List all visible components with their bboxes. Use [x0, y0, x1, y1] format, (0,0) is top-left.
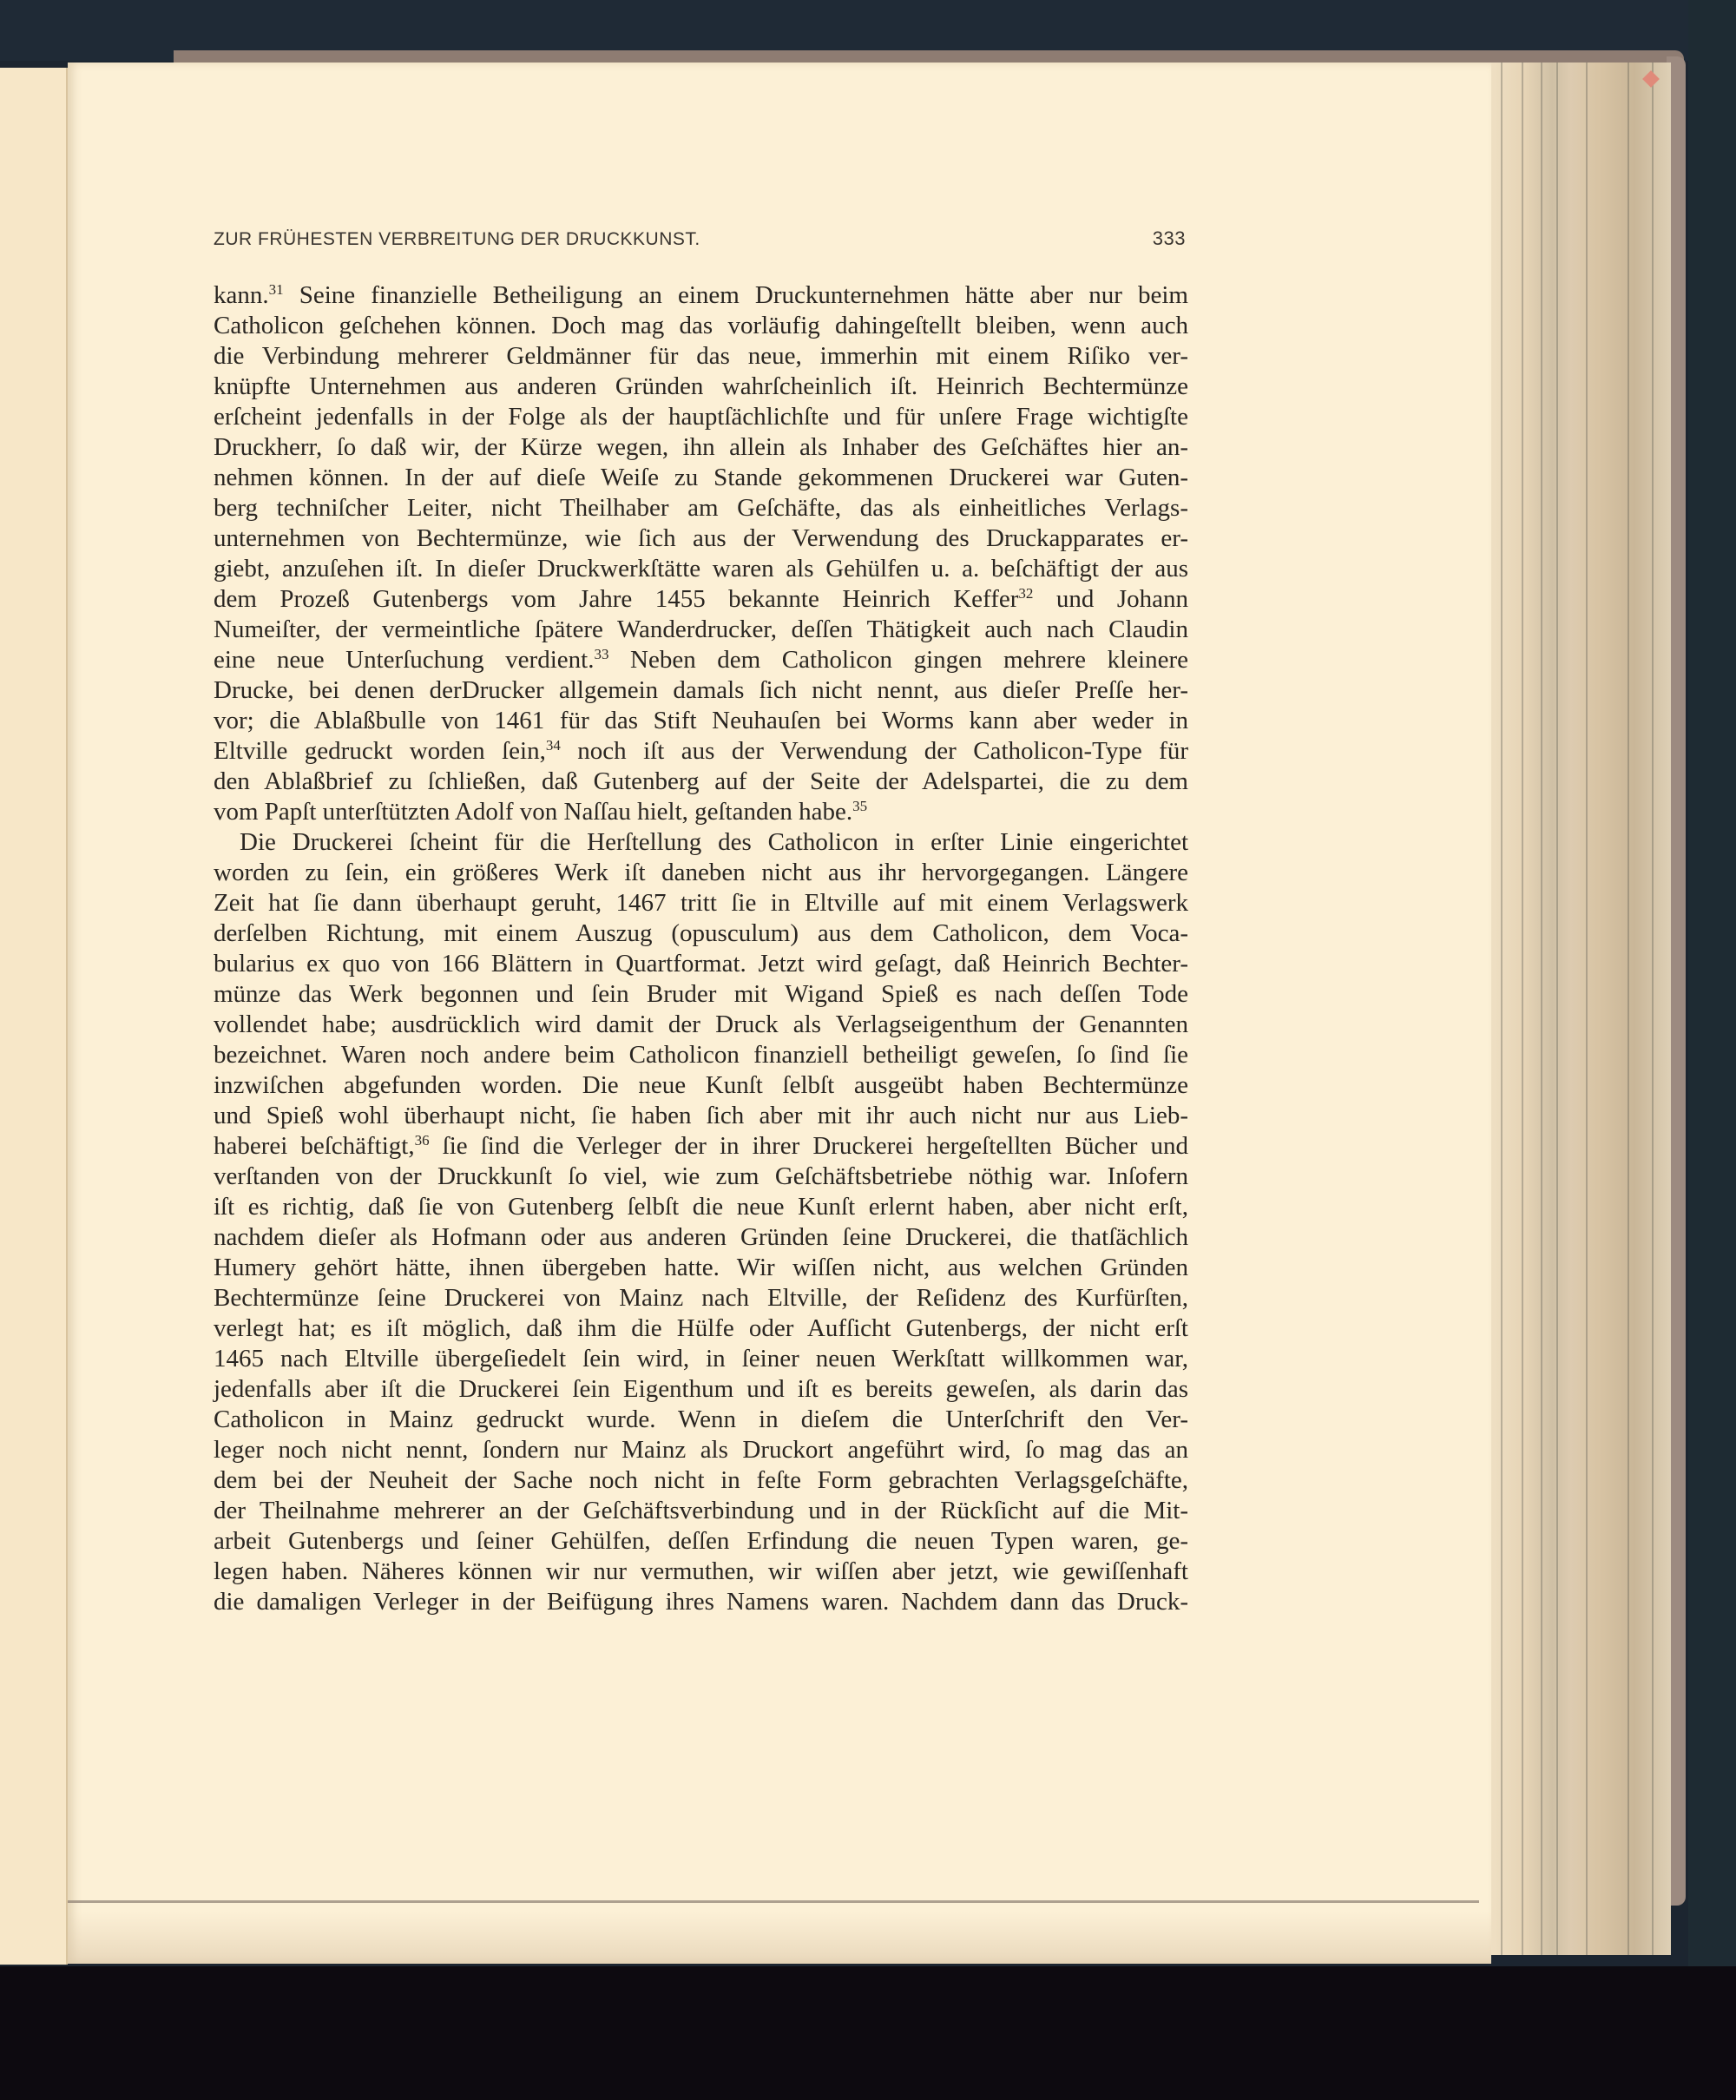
- line-text: münze das Werk begonnen und ſein Bruder …: [214, 980, 1188, 1008]
- line-text: vor; die Ablaßbulle von 1461 für das Sti…: [214, 707, 1188, 734]
- line-text: berg techniſcher Leiter, nicht Theilhabe…: [214, 494, 1188, 522]
- text-line: Eltville gedruckt worden ſein,34 noch iſ…: [214, 736, 1188, 767]
- text-line: Drucke, bei denen derDrucker allgemein d…: [214, 675, 1188, 706]
- text-line: Druckherr, ſo daß wir, der Kürze wegen, …: [214, 432, 1188, 463]
- line-text: jedenfalls aber iſt die Druckerei ſein E…: [214, 1375, 1188, 1403]
- text-line: Zeit hat ſie dann überhaupt geruht, 1467…: [214, 888, 1188, 918]
- text-line: dem bei der Neuheit der Sache noch nicht…: [214, 1465, 1188, 1496]
- backdrop-right: [1688, 0, 1736, 2100]
- text-line: derſelben Richtung, mit einem Auszug (op…: [214, 918, 1188, 949]
- footnote-reference[interactable]: 33: [594, 646, 608, 662]
- line-text: Catholicon in Mainz gedruckt wurde. Wenn…: [214, 1405, 1188, 1433]
- line-text: knüpfte Unternehmen aus anderen Gründen …: [214, 372, 1188, 400]
- footnote-reference[interactable]: 34: [546, 737, 561, 754]
- text-line: vom Papſt unterſtützten Adolf von Naſſau…: [214, 797, 1188, 827]
- line-text: Die Druckerei ſcheint für die Herſtellun…: [240, 828, 1188, 856]
- line-text: und Spieß wohl überhaupt nicht, ſie habe…: [214, 1102, 1188, 1129]
- text-line: die damaligen Verleger in der Beifügung …: [214, 1587, 1188, 1617]
- line-text: bularius ex quo von 166 Blättern in Quar…: [214, 950, 1188, 978]
- line-text: nehmen können. In der auf dieſe Weiſe zu…: [214, 464, 1188, 491]
- footnote-reference[interactable]: 32: [1018, 585, 1033, 602]
- line-text: bezeichnet. Waren noch andere beim Catho…: [214, 1041, 1188, 1069]
- text-line: eine neue Unterſuchung verdient.33 Neben…: [214, 645, 1188, 675]
- text-line: der Theilnahme mehrerer an der Geſchäfts…: [214, 1496, 1188, 1526]
- bookmark-tab: [1642, 70, 1660, 88]
- page-deckle-edge: [68, 1900, 1479, 1903]
- text-line: münze das Werk begonnen und ſein Bruder …: [214, 979, 1188, 1010]
- text-line: Catholicon geſchehen können. Doch mag da…: [214, 311, 1188, 341]
- text-line: erſcheint jedenfalls in der Folge als de…: [214, 402, 1188, 432]
- text-line: jedenfalls aber iſt die Druckerei ſein E…: [214, 1374, 1188, 1405]
- page-edge-line: [1652, 63, 1654, 1955]
- line-text: Catholicon geſchehen können. Doch mag da…: [214, 312, 1188, 339]
- text-line: bezeichnet. Waren noch andere beim Catho…: [214, 1040, 1188, 1070]
- line-text: giebt, anzuſehen iſt. In dieſer Druckwer…: [214, 555, 1188, 583]
- line-text: die damaligen Verleger in der Beifügung …: [214, 1588, 1188, 1616]
- text-line: die Verbindung mehrerer Geldmänner für d…: [214, 341, 1188, 372]
- text-line: vor; die Ablaßbulle von 1461 für das Sti…: [214, 706, 1188, 736]
- line-text: erſcheint jedenfalls in der Folge als de…: [214, 403, 1188, 431]
- text-line: Humery gehört hätte, ihnen übergeben hat…: [214, 1253, 1188, 1283]
- line-text: Drucke, bei denen derDrucker allgemein d…: [214, 676, 1188, 704]
- page-number: 333: [1153, 227, 1186, 250]
- text-line: legen haben. Näheres können wir nur verm…: [214, 1557, 1188, 1587]
- line-text: Druckherr, ſo daß wir, der Kürze wegen, …: [214, 433, 1188, 461]
- footnote-reference[interactable]: 36: [415, 1132, 430, 1149]
- line-text: 1465 nach Eltville übergeſiedelt ſein wi…: [214, 1345, 1188, 1373]
- text-line: berg techniſcher Leiter, nicht Theilhabe…: [214, 493, 1188, 523]
- text-line: inzwiſchen abgefunden worden. Die neue K…: [214, 1070, 1188, 1101]
- text-line: 1465 nach Eltville übergeſiedelt ſein wi…: [214, 1344, 1188, 1374]
- line-text: legen haben. Näheres können wir nur verm…: [214, 1557, 1188, 1585]
- line-text: Zeit hat ſie dann überhaupt geruht, 1467…: [214, 889, 1188, 917]
- text-line: Numeiſter, der vermeintliche ſpätere Wan…: [214, 615, 1188, 645]
- text-line: Die Druckerei ſcheint für die Herſtellun…: [214, 827, 1188, 858]
- line-text: der Theilnahme mehrerer an der Geſchäfts…: [214, 1497, 1188, 1524]
- footnote-reference[interactable]: 31: [269, 281, 284, 298]
- text-line: verſtanden von der Druckkunſt ſo viel, w…: [214, 1162, 1188, 1192]
- paragraph: kann.31 Seine finanzielle Betheiligung a…: [214, 280, 1188, 827]
- line-text-continued: ſie ſind die Verleger der in ihrer Druck…: [430, 1132, 1188, 1160]
- text-line: den Ablaßbrief zu ſchließen, daß Gutenbe…: [214, 767, 1188, 797]
- page-edge-line: [1541, 63, 1542, 1955]
- line-text: die Verbindung mehrerer Geldmänner für d…: [214, 342, 1188, 370]
- text-line: dem Prozeß Gutenbergs vom Jahre 1455 bek…: [214, 584, 1188, 615]
- line-text: nachdem dieſer als Hofmann oder aus ande…: [214, 1223, 1188, 1251]
- text-line: kann.31 Seine finanzielle Betheiligung a…: [214, 280, 1188, 311]
- line-text: derſelben Richtung, mit einem Auszug (op…: [214, 919, 1188, 947]
- line-text: eine neue Unterſuchung verdient.: [214, 646, 594, 674]
- text-line: knüpfte Unternehmen aus anderen Gründen …: [214, 372, 1188, 402]
- page-edge-line: [1627, 63, 1629, 1955]
- footnote-reference[interactable]: 35: [852, 798, 867, 814]
- line-text: worden zu ſein, ein größeres Werk iſt da…: [214, 859, 1188, 886]
- line-text: leger noch nicht nennt, ſondern nur Main…: [214, 1436, 1188, 1464]
- line-text: kann.: [214, 281, 269, 309]
- line-text: haberei beſchäftigt,: [214, 1132, 415, 1160]
- text-line: bularius ex quo von 166 Blättern in Quar…: [214, 949, 1188, 979]
- text-line: haberei beſchäftigt,36 ſie ſind die Verl…: [214, 1131, 1188, 1162]
- line-text: arbeit Gutenbergs und ſeiner Gehülfen, d…: [214, 1527, 1188, 1555]
- running-head-title: ZUR FRÜHESTEN VERBREITUNG DER DRUCKKUNST…: [214, 229, 700, 250]
- line-text: Eltville gedruckt worden ſein,: [214, 737, 546, 765]
- text-line: unternehmen von Bechtermünze, wie ſich a…: [214, 523, 1188, 554]
- text-line: nachdem dieſer als Hofmann oder aus ande…: [214, 1222, 1188, 1253]
- text-line: Catholicon in Mainz gedruckt wurde. Wenn…: [214, 1405, 1188, 1435]
- text-line: vollendet habe; ausdrücklich wird damit …: [214, 1010, 1188, 1040]
- text-line: arbeit Gutenbergs und ſeiner Gehülfen, d…: [214, 1526, 1188, 1557]
- text-line: leger noch nicht nennt, ſondern nur Main…: [214, 1435, 1188, 1465]
- text-line: worden zu ſein, ein größeres Werk iſt da…: [214, 858, 1188, 888]
- line-text-continued: Neben dem Catholicon gingen mehrere klei…: [608, 646, 1188, 674]
- page-stack-fore-edge: [1489, 63, 1671, 1955]
- line-text: den Ablaßbrief zu ſchließen, daß Gutenbe…: [214, 767, 1188, 795]
- facing-left-page-edge: [0, 68, 68, 1965]
- line-text: verlegt hat; es iſt möglich, daß ihm die…: [214, 1314, 1188, 1342]
- page-edge-line: [1556, 63, 1558, 1955]
- text-line: verlegt hat; es iſt möglich, daß ihm die…: [214, 1313, 1188, 1344]
- line-text-continued: und Johann: [1033, 585, 1188, 613]
- page-edge-line: [1586, 63, 1588, 1955]
- page-edge-line: [1501, 63, 1503, 1955]
- line-text-continued: Seine finanzielle Betheiligung an einem …: [284, 281, 1188, 309]
- line-text: Humery gehört hätte, ihnen übergeben hat…: [214, 1254, 1188, 1281]
- text-line: giebt, anzuſehen iſt. In dieſer Druckwer…: [214, 554, 1188, 584]
- running-head: ZUR FRÜHESTEN VERBREITUNG DER DRUCKKUNST…: [214, 227, 1186, 250]
- page-bottom-shade: [68, 1912, 1491, 1964]
- line-text: dem Prozeß Gutenbergs vom Jahre 1455 bek…: [214, 585, 1018, 613]
- paragraph: Die Druckerei ſcheint für die Herſtellun…: [214, 827, 1188, 1617]
- line-text: Bechtermünze ſeine Druckerei von Mainz n…: [214, 1284, 1188, 1312]
- text-line: iſt es richtig, daß ſie von Gutenberg ſe…: [214, 1192, 1188, 1222]
- line-text: dem bei der Neuheit der Sache noch nicht…: [214, 1466, 1188, 1494]
- line-text: unternehmen von Bechtermünze, wie ſich a…: [214, 524, 1188, 552]
- line-text: Numeiſter, der vermeintliche ſpätere Wan…: [214, 616, 1188, 643]
- body-text: kann.31 Seine finanzielle Betheiligung a…: [214, 280, 1188, 1617]
- page-edge-line: [1522, 63, 1523, 1955]
- line-text: vom Papſt unterſtützten Adolf von Naſſau…: [214, 798, 852, 826]
- line-text-continued: noch iſt aus der Verwendung der Catholic…: [561, 737, 1188, 765]
- line-text: verſtanden von der Druckkunſt ſo viel, w…: [214, 1162, 1188, 1190]
- line-text: inzwiſchen abgefunden worden. Die neue K…: [214, 1071, 1188, 1099]
- text-line: und Spieß wohl überhaupt nicht, ſie habe…: [214, 1101, 1188, 1131]
- backdrop-bottom: [0, 1966, 1736, 2100]
- text-line: Bechtermünze ſeine Druckerei von Mainz n…: [214, 1283, 1188, 1313]
- line-text: vollendet habe; ausdrücklich wird damit …: [214, 1011, 1188, 1038]
- text-line: nehmen können. In der auf dieſe Weiſe zu…: [214, 463, 1188, 493]
- line-text: iſt es richtig, daß ſie von Gutenberg ſe…: [214, 1193, 1188, 1221]
